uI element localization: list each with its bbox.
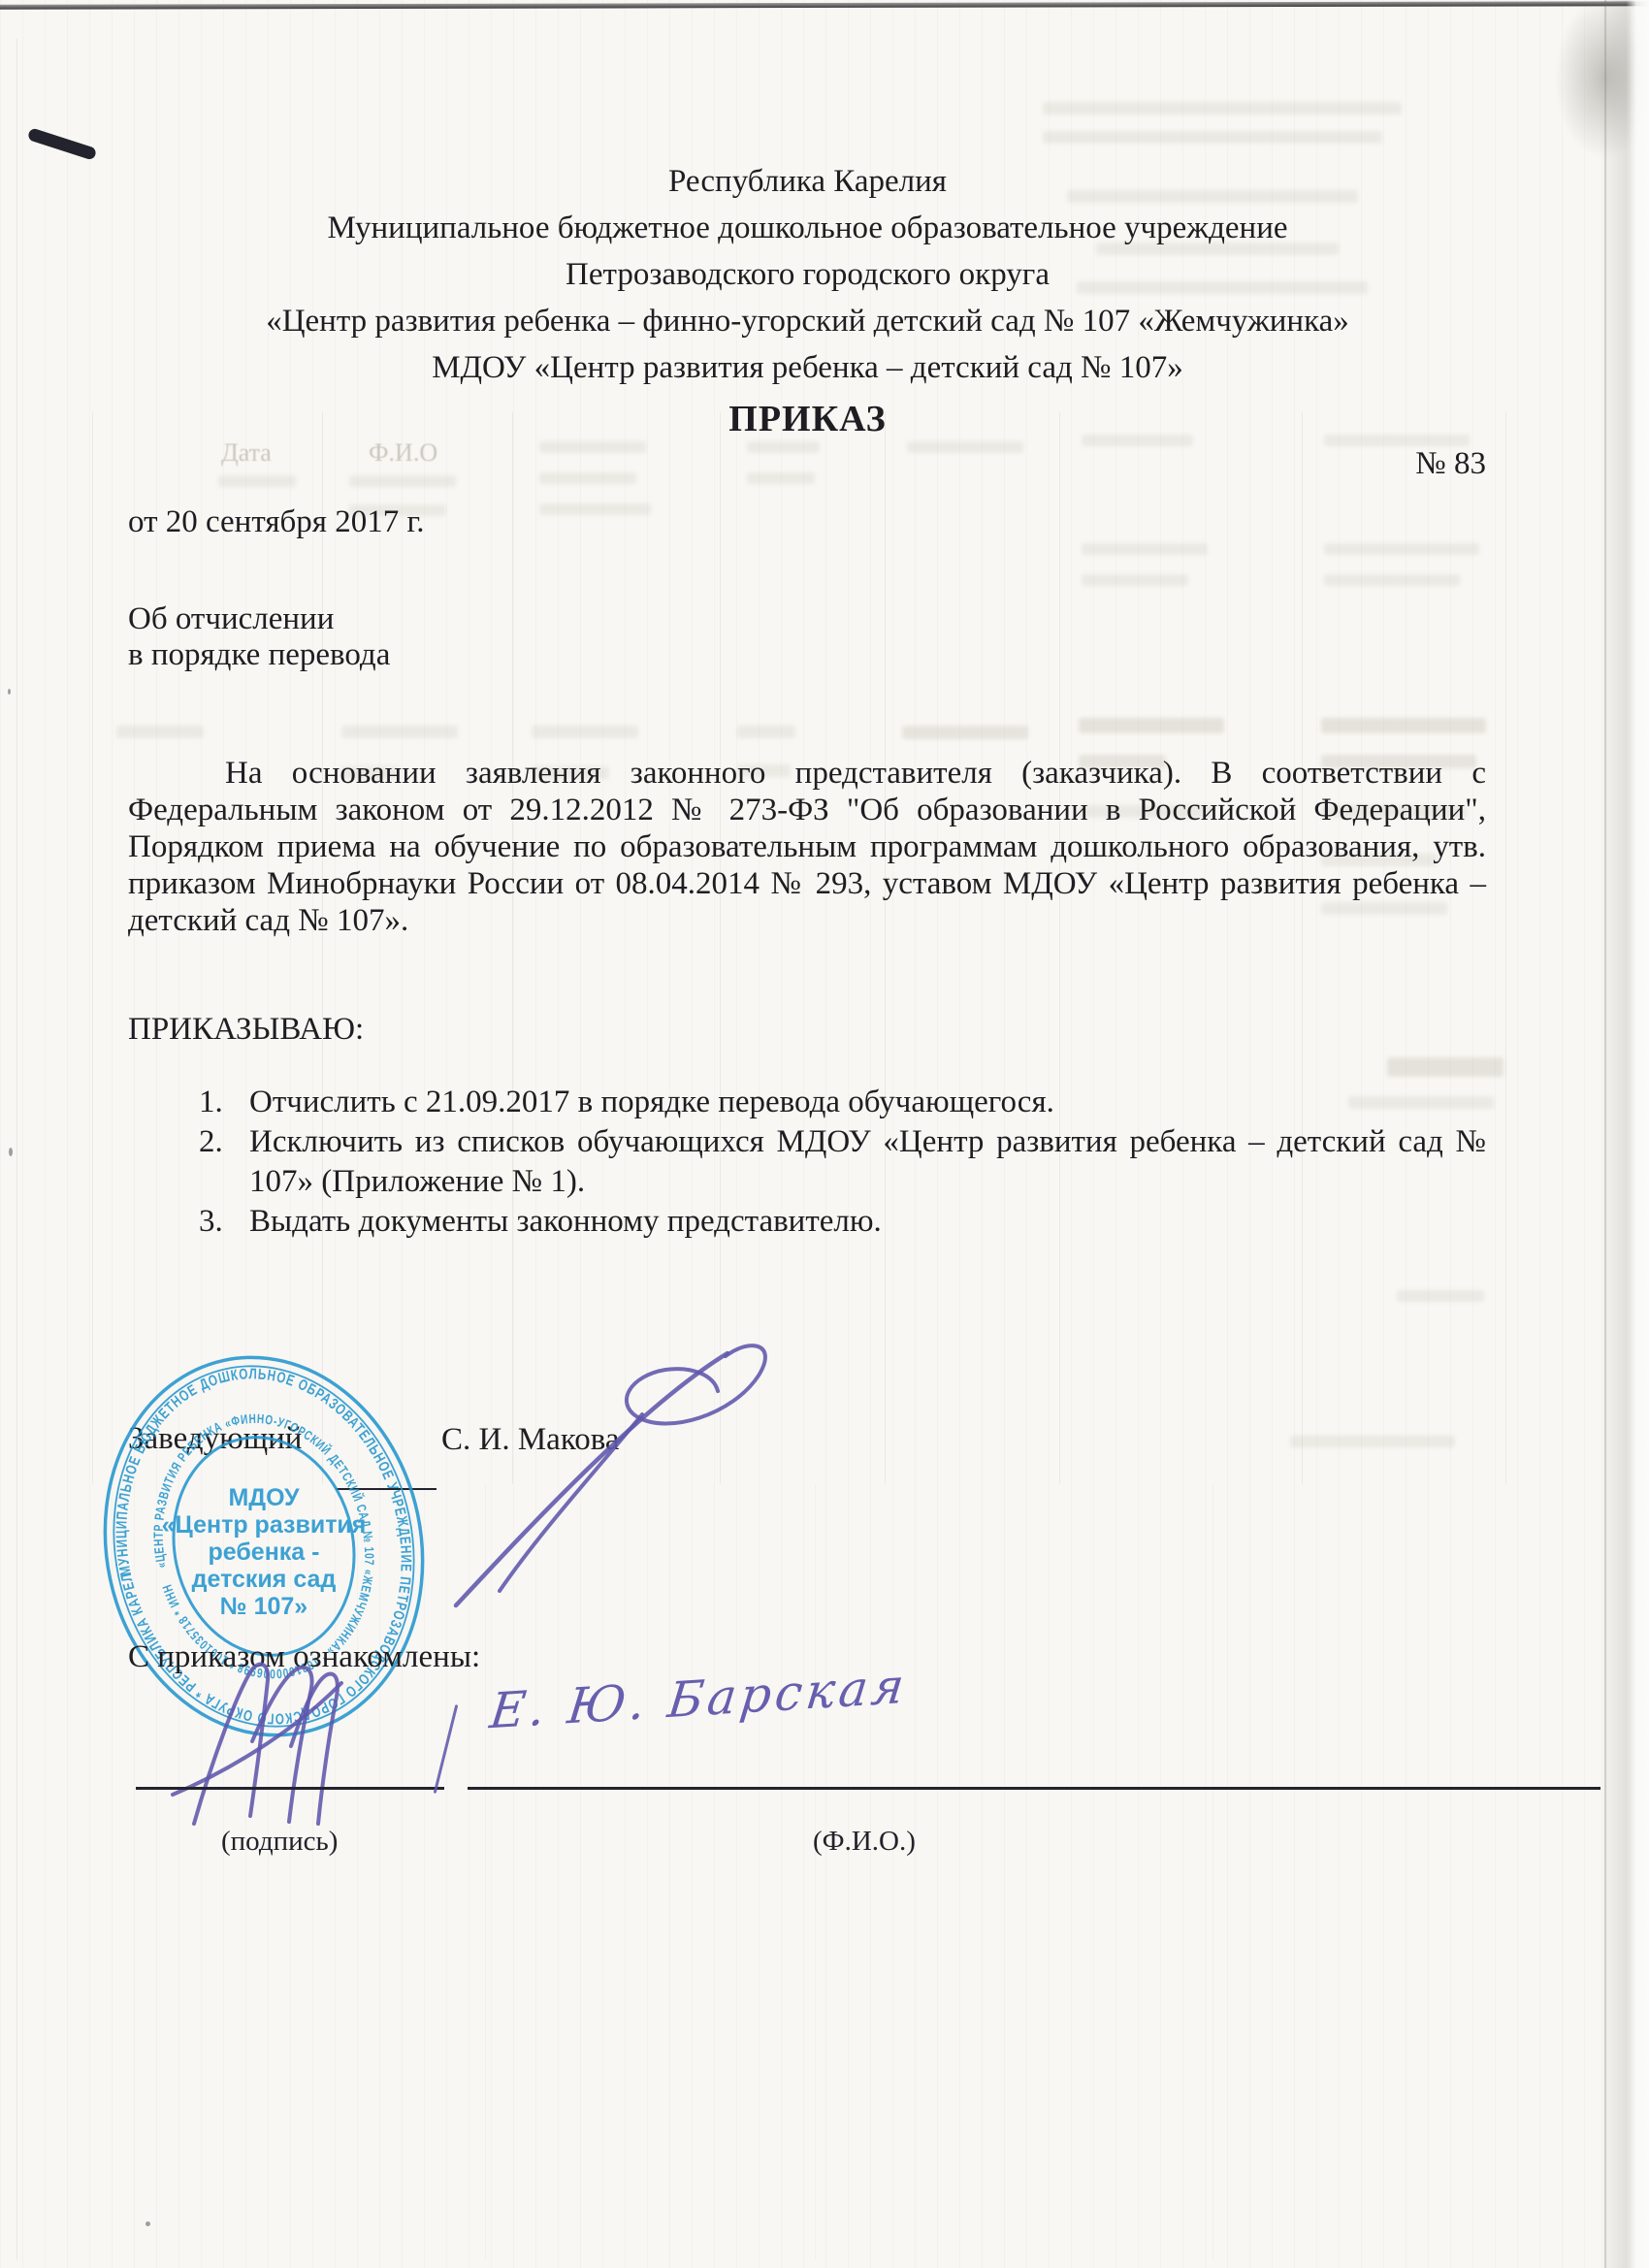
scan-top-edge — [0, 1, 1649, 10]
director-signature-ink — [417, 1319, 805, 1630]
bleed-through-artifact — [116, 726, 204, 738]
order-item: 1. Отчислить с 21.09.2017 в порядке пере… — [199, 1083, 1486, 1122]
bleed-through-artifact — [747, 472, 815, 484]
signature-caption: (подпись) — [221, 1826, 338, 1858]
header-line-city: Петрозаводского городского округа — [0, 251, 1615, 298]
order-item-text: Исключить из списков обучающихся МДОУ «Ц… — [249, 1122, 1486, 1202]
pen-mark-artifact — [27, 127, 97, 161]
order-item-number: 1. — [199, 1083, 249, 1122]
bleed-through-artifact — [885, 412, 886, 1484]
order-item: 3. Выдать документы законному представит… — [199, 1202, 1486, 1242]
header-line-short-name: МДОУ «Центр развития ребенка – детский с… — [0, 344, 1615, 391]
order-item-number: 3. — [199, 1202, 249, 1242]
bleed-through-artifact — [218, 475, 296, 487]
header-line-region: Республика Карелия — [0, 158, 1615, 205]
handwritten-name: Е. Ю. Барская — [487, 1658, 911, 1740]
order-date: от 20 сентября 2017 г. — [128, 504, 425, 540]
bleed-through-artifact — [539, 441, 646, 453]
stamp-center-line: «Центр развития — [162, 1511, 367, 1539]
body-paragraph: На основании заявления законного предста… — [128, 755, 1486, 939]
order-item-text: Выдать документы законному представителю… — [249, 1202, 1486, 1242]
stamp-center-line: детския сад — [192, 1566, 337, 1593]
stamp-center-line: ребенка - — [209, 1539, 320, 1566]
bleed-through-artifact — [1505, 412, 1506, 1484]
document-header: Республика Карелия Муниципальное бюджетн… — [0, 158, 1615, 391]
bleed-through-artifact — [1212, 1484, 1213, 2260]
scanned-order-page: Дата Ф.И.О — [0, 0, 1649, 2268]
header-line-institution: Муниципальное бюджетное дошкольное образ… — [0, 205, 1615, 251]
subject-line-1: Об отчислении — [128, 601, 334, 637]
order-item: 2. Исключить из списков обучающихся МДОУ… — [199, 1122, 1486, 1202]
signature-line — [136, 1787, 444, 1790]
bleed-through-artifact — [1290, 1436, 1455, 1447]
header-line-full-name: «Центр развития ребенка – финно-угорский… — [0, 298, 1615, 344]
bleed-through-artifact — [747, 441, 820, 453]
bleed-through-artifact — [1043, 131, 1382, 144]
bleed-through-artifact — [1302, 412, 1303, 1484]
bleed-through-artifact — [1079, 718, 1224, 733]
document-title: ПРИКАЗ — [0, 398, 1615, 440]
order-heading: ПРИКАЗЫВАЮ: — [128, 1012, 364, 1048]
order-number: № 83 — [1290, 446, 1486, 482]
name-caption: (Ф.И.О.) — [813, 1826, 916, 1858]
name-line — [468, 1787, 1600, 1790]
bleed-through-artifact — [902, 726, 1028, 739]
order-list: 1. Отчислить с 21.09.2017 в порядке пере… — [199, 1083, 1486, 1242]
bleed-through-artifact — [532, 726, 638, 738]
order-item-number: 2. — [199, 1122, 249, 1202]
bleed-through-artifact — [1321, 718, 1486, 733]
bleed-through-artifact — [322, 412, 323, 1484]
subject-line-2: в порядке перевода — [128, 637, 390, 673]
ink-speck — [145, 2221, 150, 2226]
bleed-through-artifact — [1059, 412, 1060, 1484]
bleed-through-artifact — [349, 475, 456, 487]
acknowledgement-signature-ink — [155, 1649, 378, 1843]
bleed-through-artifact — [907, 441, 1023, 453]
bleed-through-artifact — [815, 1484, 816, 2260]
ink-speck — [9, 1148, 13, 1156]
bleed-through-artifact — [1387, 1057, 1503, 1077]
bleed-through-artifact — [737, 726, 795, 738]
bleed-through-artifact — [341, 726, 458, 738]
ink-speck — [8, 689, 11, 695]
bleed-through-artifact — [1397, 1290, 1484, 1302]
bleed-through-word: Ф.И.О — [369, 438, 437, 468]
bleed-through-artifact — [92, 412, 93, 1484]
bleed-through-artifact — [1043, 102, 1402, 114]
bleed-through-artifact — [1082, 543, 1208, 555]
bleed-through-artifact — [1082, 574, 1188, 586]
bleed-through-artifact — [539, 503, 651, 515]
bleed-through-word: Дата — [221, 438, 272, 468]
bleed-through-artifact — [1324, 574, 1460, 586]
stamp-center-line: МДОУ — [228, 1484, 299, 1511]
bleed-through-artifact — [539, 472, 636, 484]
stamp-center-line: № 107» — [220, 1593, 307, 1620]
bleed-through-artifact — [1324, 543, 1479, 555]
order-item-text: Отчислить с 21.09.2017 в порядке перевод… — [249, 1083, 1486, 1122]
